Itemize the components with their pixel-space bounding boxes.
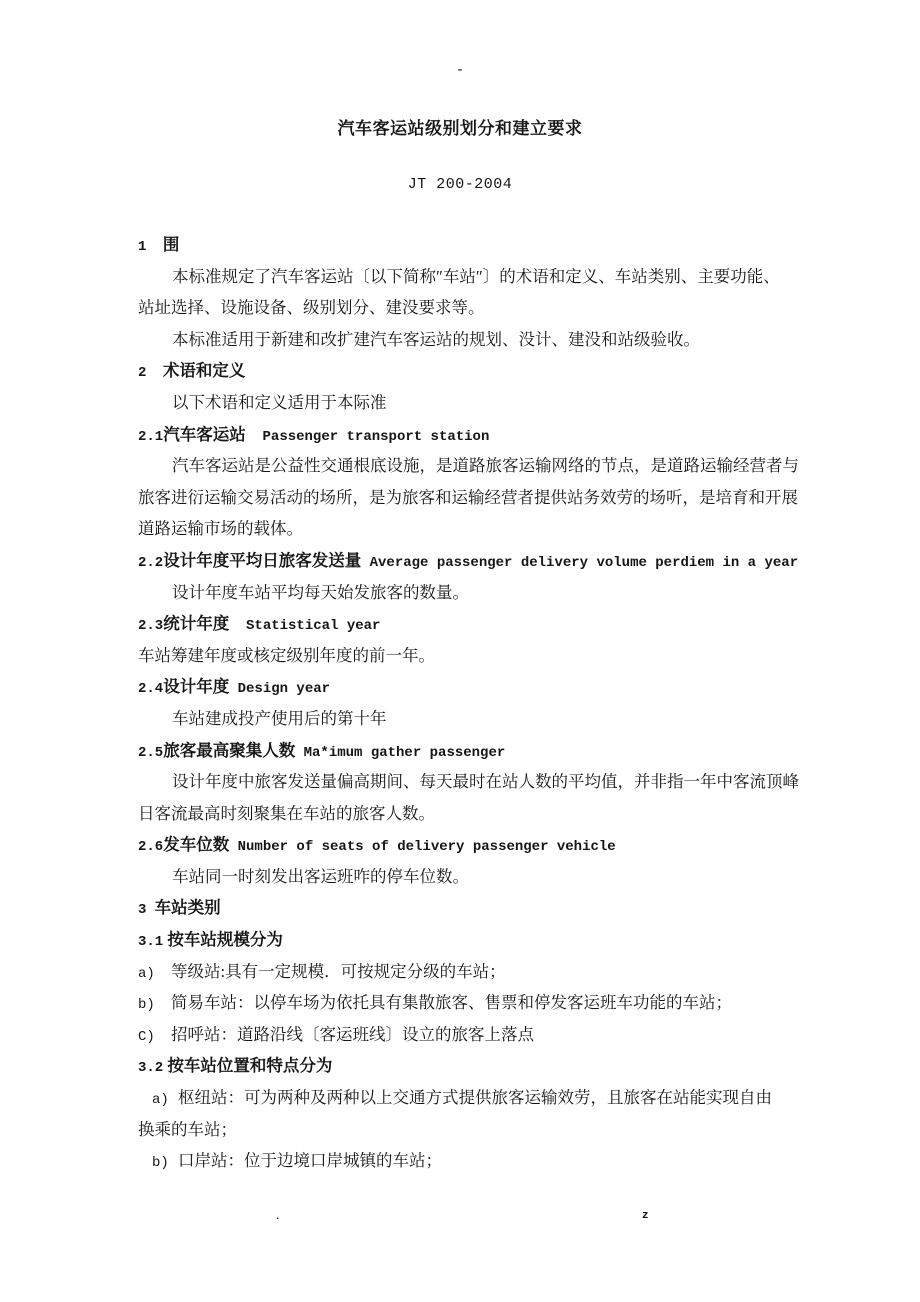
section-number: 2.6 — [138, 839, 163, 855]
section-title-zh: 术语和定义 — [146, 361, 245, 380]
paragraph-line: 车站筹建年度或核定级别年度的前一年。 — [138, 640, 799, 672]
paragraph-line: 汽车客运站是公益性交通根底设施，是道路旅客运输网络的节点，是道路运输经营者与 — [138, 450, 799, 482]
list-item-text: 口岸站：位于边境口岸城镇的车站； — [178, 1151, 442, 1170]
section-3-1-heading: 3.1 按车站规模分为 — [138, 924, 799, 956]
section-1-heading: 1 围 — [138, 229, 799, 261]
paragraph-line: 站址选择、设施设备、级别划分、建没要求等。 — [138, 292, 799, 324]
section-number: 2.5 — [138, 745, 163, 761]
term-zh: 汽车客运站 — [163, 425, 246, 444]
list-item-text: 招呼站：道路沿线〔客运班线〕设立的旅客上落点 — [171, 1025, 534, 1044]
section-number: 3.2 — [138, 1060, 163, 1076]
section-number: 2.2 — [138, 555, 163, 571]
list-marker: b) — [138, 990, 171, 1022]
term-en: Ma*imum gather passenger — [295, 745, 505, 761]
paragraph-line: 换乘的车站； — [138, 1114, 799, 1146]
term-2-3-heading: 2.3统计年度 Statistical year — [138, 608, 799, 640]
term-en: Statistical year — [229, 618, 380, 634]
paragraph-line: 本标准适用于新建和改扩建汽车客运站的规划、没计、建没和站级验收。 — [138, 324, 799, 356]
list-marker: C) — [138, 1022, 171, 1054]
footer-left-mark: . — [276, 1208, 280, 1224]
term-2-2-heading: 2.2设计年度平均日旅客发送量 Average passenger delive… — [138, 545, 799, 577]
section-2-heading: 2 术语和定义 — [138, 355, 799, 387]
list-item-a: a)等级站:具有一定规模．可按规定分级的车站； — [138, 956, 799, 988]
section-title-zh: 围 — [146, 235, 179, 254]
paragraph-line: 旅客进衍运输交易活动的场所，是为旅客和运输经营者提供站务效劳的场听，是培育和开展 — [138, 482, 799, 514]
list-item-b: b)口岸站：位于边境口岸城镇的车站； — [138, 1145, 799, 1177]
term-zh: 统计年度 — [163, 614, 229, 633]
list-item-text: 等级站:具有一定规模．可按规定分级的车站； — [171, 962, 506, 981]
page-top-mark: - — [0, 62, 920, 78]
paragraph-line: 车站同一时刻发出客运班咋的停车位数。 — [138, 861, 799, 893]
term-en: Design year — [229, 681, 330, 697]
list-marker: a) — [152, 1085, 178, 1117]
list-marker: a) — [138, 959, 171, 991]
paragraph-line: 道路运输市场的载体。 — [138, 513, 799, 545]
section-title-zh: 按车站规模分为 — [163, 930, 283, 949]
section-number: 2.1 — [138, 429, 163, 445]
term-2-4-heading: 2.4设计年度 Design year — [138, 671, 799, 703]
section-3-heading: 3 车站类别 — [138, 892, 799, 924]
paragraph-line: 设计年度车站平均每天始发旅客的数量。 — [138, 577, 799, 609]
section-title-zh: 车站类别 — [146, 898, 220, 917]
list-item-b: b)简易车站：以停车场为依托具有集散旅客、售票和停发客运班车功能的车站； — [138, 987, 799, 1019]
section-3-2-heading: 3.2 按车站位置和特点分为 — [138, 1050, 799, 1082]
section-number: 2.3 — [138, 618, 163, 634]
list-item-c: C)招呼站：道路沿线〔客运班线〕设立的旅客上落点 — [138, 1019, 799, 1051]
term-en: Passenger transport station — [246, 429, 490, 445]
paragraph-line: 以下术语和定义适用于本际准 — [138, 387, 799, 419]
list-item-text: 枢纽站：可为两种及两种以上交通方式提供旅客运输效劳，且旅客在站能实现自由 — [178, 1088, 772, 1107]
paragraph-line: 日客流最高时刻聚集在车站的旅客人数。 — [138, 798, 799, 830]
document-title: 汽车客运站级别划分和建立要求 — [0, 114, 920, 139]
paragraph-line: 设计年度中旅客发送量偏高期间、每天最时在站人数的平均值，并非指一年中客流顶峰 — [138, 766, 799, 798]
term-2-5-heading: 2.5旅客最高聚集人数 Ma*imum gather passenger — [138, 735, 799, 767]
list-marker: b) — [152, 1148, 178, 1180]
term-en: Number of seats of delivery passenger ve… — [229, 839, 615, 855]
term-zh: 设计年度平均日旅客发送量 — [163, 551, 361, 570]
document-body: 1 围 本标准规定了汽车客运站〔以下简称″车站″〕的术语和定义、车站类别、主要功… — [138, 229, 799, 1177]
term-zh: 发车位数 — [163, 835, 229, 854]
document-page: - 汽车客运站级别划分和建立要求 JT 200-2004 1 围 本标准规定了汽… — [0, 0, 920, 1302]
section-number: 2.4 — [138, 681, 163, 697]
term-2-1-heading: 2.1汽车客运站 Passenger transport station — [138, 419, 799, 451]
section-number: 3.1 — [138, 934, 163, 950]
term-en: Average passenger delivery volume perdie… — [361, 555, 798, 571]
section-title-zh: 按车站位置和特点分为 — [163, 1056, 332, 1075]
list-item-text: 简易车站：以停车场为依托具有集散旅客、售票和停发客运班车功能的车站； — [171, 993, 732, 1012]
list-item-a: a)枢纽站：可为两种及两种以上交通方式提供旅客运输效劳，且旅客在站能实现自由 — [138, 1082, 799, 1114]
footer-right-mark: z — [642, 1210, 649, 1222]
standard-number: JT 200-2004 — [0, 176, 920, 193]
term-zh: 旅客最高聚集人数 — [163, 741, 295, 760]
term-zh: 设计年度 — [163, 677, 229, 696]
paragraph-line: 本标准规定了汽车客运站〔以下简称″车站″〕的术语和定义、车站类别、主要功能、 — [138, 261, 799, 293]
term-2-6-heading: 2.6发车位数 Number of seats of delivery pass… — [138, 829, 799, 861]
paragraph-line: 车站建成投产使用后的第十年 — [138, 703, 799, 735]
